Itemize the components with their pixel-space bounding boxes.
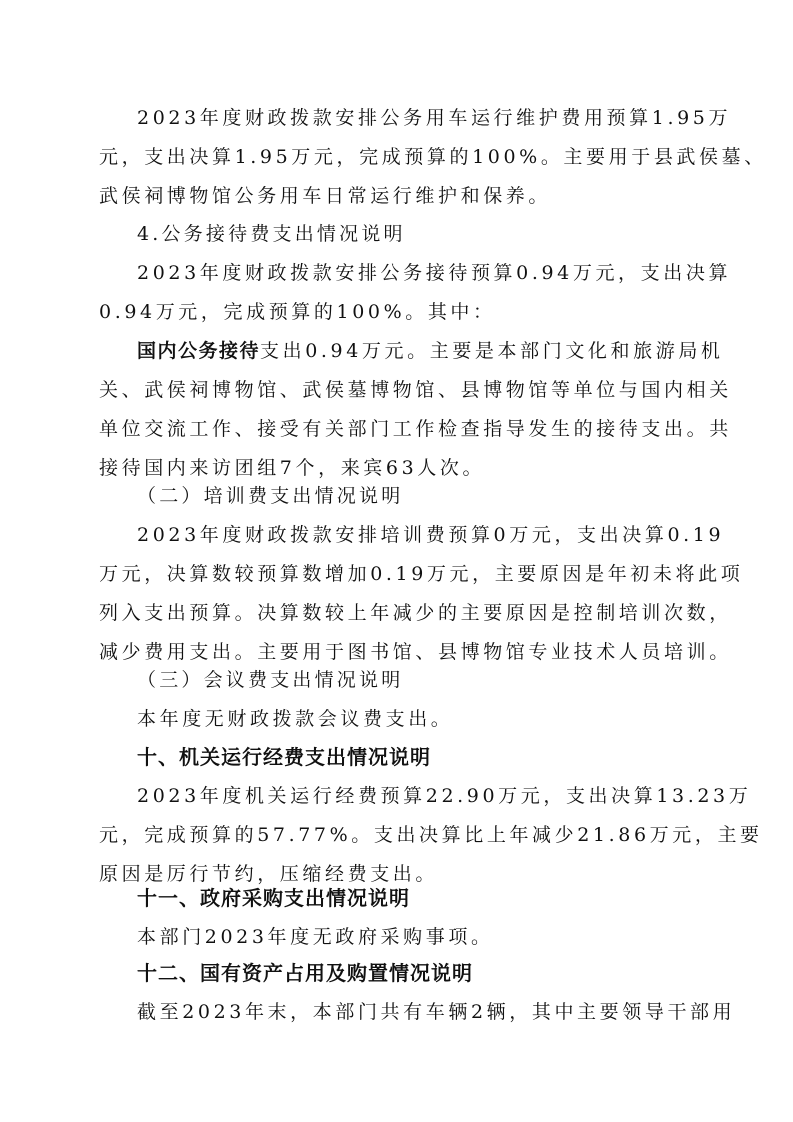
meeting-line-1: 本年度无财政拨款会议费支出。 bbox=[137, 707, 453, 731]
document-page: 2023年度财政拨款安排公务用车运行维护费用预算1.95万 元，支出决算1.95… bbox=[0, 0, 793, 1122]
section-12-line-1: 截至2023年末，本部门共有车辆2辆，其中主要领导干部用 bbox=[137, 1000, 735, 1024]
reception-budget-line-1: 2023年度财政拨款安排公务接待预算0.94万元，支出决算 bbox=[137, 261, 731, 285]
domestic-reception-line-4: 接待国内来访团组7个，来宾63人次。 bbox=[99, 456, 485, 480]
training-line-4: 减少费用支出。主要用于图书馆、县博物馆专业技术人员培训。 bbox=[99, 640, 732, 664]
training-expense-heading: （二）培训费支出情况说明 bbox=[137, 484, 403, 508]
vehicle-maintenance-line-2: 元，支出决算1.95万元，完成预算的100%。主要用于县武侯墓、 bbox=[99, 145, 767, 169]
vehicle-maintenance-line-3: 武侯祠博物馆公务用车日常运行维护和保养。 bbox=[99, 184, 551, 208]
section-10-line-1: 2023年度机关运行经费预算22.90万元，支出决算13.23万 bbox=[137, 784, 751, 808]
training-line-1: 2023年度财政拨款安排培训费预算0万元，支出决算0.19 bbox=[137, 523, 724, 547]
section-11-heading: 十一、政府采购支出情况说明 bbox=[137, 886, 410, 910]
training-line-2: 万元，决算数较预算数增加0.19万元，主要原因是年初未将此项 bbox=[99, 562, 743, 586]
section-10-line-2: 元，完成预算的57.77%。支出决算比上年减少21.86万元，主要 bbox=[99, 823, 763, 847]
domestic-reception-text: 支出0.94万元。主要是本部门文化和旅游局机 bbox=[260, 340, 724, 362]
training-line-3: 列入支出预算。决算数较上年减少的主要原因是控制培训次数， bbox=[99, 601, 732, 625]
domestic-reception-line-3: 单位交流工作、接受有关部门工作检查指导发生的接待支出。共 bbox=[99, 417, 732, 441]
domestic-reception-line-1: 国内公务接待支出0.94万元。主要是本部门文化和旅游局机 bbox=[137, 339, 724, 363]
meeting-expense-heading: （三）会议费支出情况说明 bbox=[137, 668, 403, 692]
section-12-heading: 十二、国有资产占用及购置情况说明 bbox=[137, 961, 473, 985]
vehicle-maintenance-line-1: 2023年度财政拨款安排公务用车运行维护费用预算1.95万 bbox=[137, 106, 731, 130]
reception-expense-heading: 4.公务接待费支出情况说明 bbox=[137, 222, 406, 246]
section-10-heading: 十、机关运行经费支出情况说明 bbox=[137, 745, 431, 769]
reception-budget-line-2: 0.94万元，完成预算的100%。其中： bbox=[99, 300, 496, 324]
domestic-reception-line-2: 关、武侯祠博物馆、武侯墓博物馆、县博物馆等单位与国内相关 bbox=[99, 378, 732, 402]
section-10-line-3: 原因是厉行节约，压缩经费支出。 bbox=[99, 862, 438, 886]
section-11-line-1: 本部门2023年度无政府采购事项。 bbox=[137, 925, 494, 949]
domestic-reception-label: 国内公务接待 bbox=[137, 340, 260, 362]
